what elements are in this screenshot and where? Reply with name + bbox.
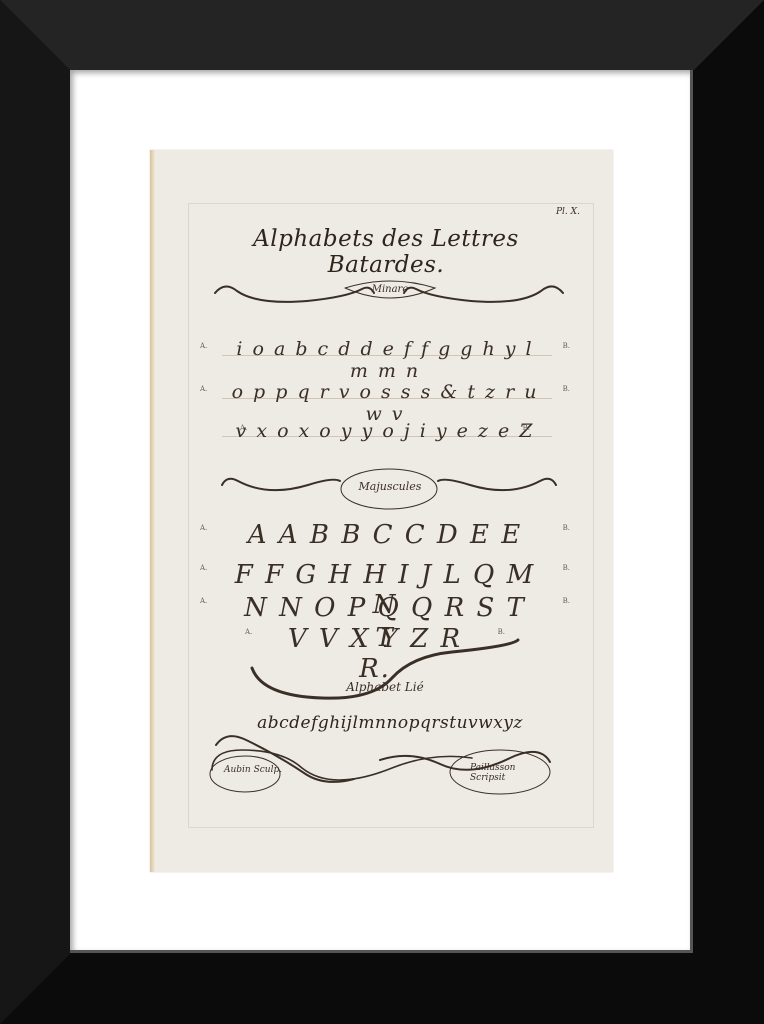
minor-row-1: A. i o a b c d d e f f g g h y l m m n B… <box>200 338 570 364</box>
major-row-2: A. F F G H H I J L Q M N B. <box>200 560 570 594</box>
major-row-3: A. N N O P Q Q R S T T B. <box>200 593 570 627</box>
minor-row-3: A. v x o x o y y o j i y e z e Z B. <box>200 420 570 446</box>
scribe-signature: Paillasson Scripsit <box>470 763 550 783</box>
linked-alphabet-label: Alphabet Lié <box>330 680 440 694</box>
minor-row-2: A. o p p q r v o s s s & t z r u w v B. <box>200 381 570 407</box>
flourishes <box>0 0 764 1024</box>
major-cartouche-label: Majuscules <box>350 480 430 493</box>
linked-alphabet: abcdefghijlmnnopqrstuvwxyz <box>200 713 580 733</box>
minor-cartouche-label: Minare <box>355 284 425 295</box>
engraver-signature: Aubin Sculp. <box>224 765 282 775</box>
major-row-1: A. A A B B C C D E E B. <box>200 520 570 554</box>
major-row-4: A. V V X Y Z R R. B. <box>245 624 505 658</box>
